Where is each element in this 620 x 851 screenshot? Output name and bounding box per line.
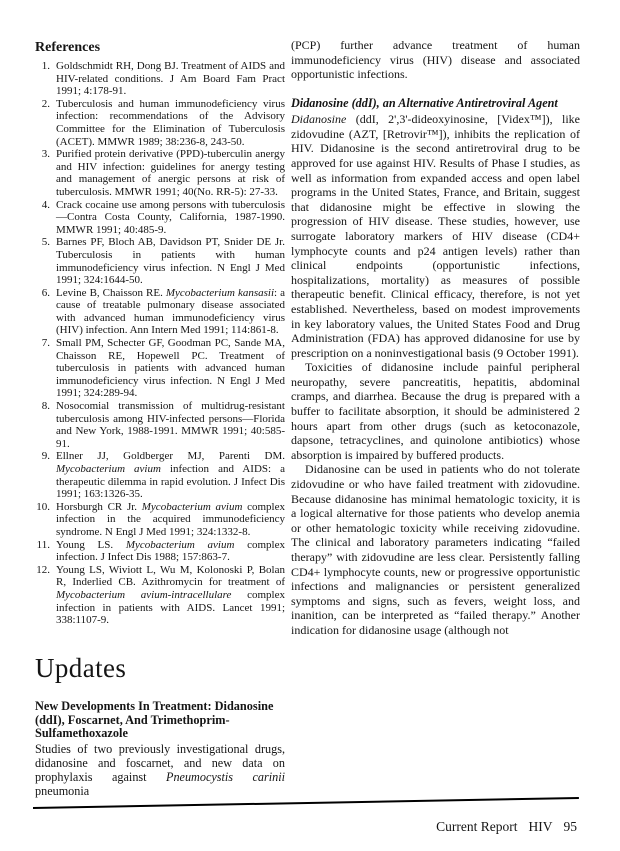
reference-item: 7.Small PM, Schecter GF, Goodman PC, San… bbox=[35, 337, 285, 400]
reference-item: 8.Nosocomial transmission of multidrug-r… bbox=[35, 400, 285, 450]
reference-text: Horsburgh CR Jr. Mycobacterium avium com… bbox=[56, 501, 285, 539]
paragraph: Toxicities of didanosine include painful… bbox=[291, 360, 580, 462]
reference-text: Levine B, Chaisson RE. Mycobacterium kan… bbox=[56, 287, 285, 337]
paragraph: (PCP) further advance treatment of human… bbox=[291, 38, 580, 82]
reference-item: 12.Young LS, Wiviott L, Wu M, Kolonoski … bbox=[35, 564, 285, 627]
reference-number: 5. bbox=[35, 236, 56, 286]
references-title: References bbox=[35, 40, 285, 56]
reference-number: 12. bbox=[35, 564, 56, 627]
reference-text: Young LS, Wiviott L, Wu M, Kolonoski P, … bbox=[56, 564, 285, 627]
reference-item: 10.Horsburgh CR Jr. Mycobacterium avium … bbox=[35, 501, 285, 539]
reference-item: 2.Tuberculosis and human immunodeficienc… bbox=[35, 98, 285, 148]
footer-page-number: 95 bbox=[564, 819, 578, 834]
reference-item: 6.Levine B, Chaisson RE. Mycobacterium k… bbox=[35, 287, 285, 337]
reference-number: 7. bbox=[35, 337, 56, 400]
reference-number: 11. bbox=[35, 539, 56, 564]
reference-text: Nosocomial transmission of multidrug-res… bbox=[56, 400, 285, 450]
footer-rule bbox=[33, 797, 579, 809]
reference-number: 9. bbox=[35, 450, 56, 500]
reference-number: 4. bbox=[35, 199, 56, 237]
article-intro: Studies of two previously investigationa… bbox=[35, 742, 285, 798]
right-column-blocks: (PCP) further advance treatment of human… bbox=[291, 38, 580, 638]
reference-text: Barnes PF, Bloch AB, Davidson PT, Snider… bbox=[56, 236, 285, 286]
reference-text: Young LS. Mycobacterium avium complex in… bbox=[56, 539, 285, 564]
paragraph: Didanosine (ddI, 2',3'-dideoxyinosine, [… bbox=[291, 112, 580, 360]
reference-text: Crack cocaine use among persons with tub… bbox=[56, 199, 285, 237]
reference-number: 2. bbox=[35, 98, 56, 148]
reference-item: 5.Barnes PF, Bloch AB, Davidson PT, Snid… bbox=[35, 236, 285, 286]
journal-page: References 1.Goldschmidt RH, Dong BJ. Tr… bbox=[0, 0, 620, 851]
reference-number: 3. bbox=[35, 148, 56, 198]
reference-number: 6. bbox=[35, 287, 56, 337]
reference-text: Small PM, Schecter GF, Goodman PC, Sande… bbox=[56, 337, 285, 400]
paragraph: Didanosine can be used in patients who d… bbox=[291, 462, 580, 637]
reference-item: 11.Young LS. Mycobacterium avium complex… bbox=[35, 539, 285, 564]
footer: Current ReportHIV95 bbox=[436, 819, 577, 835]
reference-text: Purified protein derivative (PPD)-tuberc… bbox=[56, 148, 285, 198]
footer-section-label: HIV bbox=[529, 819, 553, 834]
reference-number: 8. bbox=[35, 400, 56, 450]
section-heading: Didanosine (ddI), an Alternative Antiret… bbox=[291, 96, 580, 110]
reference-text: Goldschmidt RH, Dong BJ. Treatment of AI… bbox=[56, 60, 285, 98]
reference-number: 1. bbox=[35, 60, 56, 98]
right-column: (PCP) further advance treatment of human… bbox=[291, 38, 580, 638]
reference-item: 4.Crack cocaine use among persons with t… bbox=[35, 199, 285, 237]
reference-text: Tuberculosis and human immunodeficiency … bbox=[56, 98, 285, 148]
reference-item: 1.Goldschmidt RH, Dong BJ. Treatment of … bbox=[35, 60, 285, 98]
reference-item: 3.Purified protein derivative (PPD)-tube… bbox=[35, 148, 285, 198]
footer-journal-name: Current Report bbox=[436, 819, 517, 834]
references-list: 1.Goldschmidt RH, Dong BJ. Treatment of … bbox=[35, 60, 285, 627]
updates-title: Updates bbox=[35, 653, 285, 684]
article-heading: New Developments In Treatment: Didanosin… bbox=[35, 700, 285, 741]
reference-number: 10. bbox=[35, 501, 56, 539]
reference-item: 9.Ellner JJ, Goldberger MJ, Parenti DM. … bbox=[35, 450, 285, 500]
reference-text: Ellner JJ, Goldberger MJ, Parenti DM. My… bbox=[56, 450, 285, 500]
left-column: References 1.Goldschmidt RH, Dong BJ. Tr… bbox=[35, 40, 285, 798]
